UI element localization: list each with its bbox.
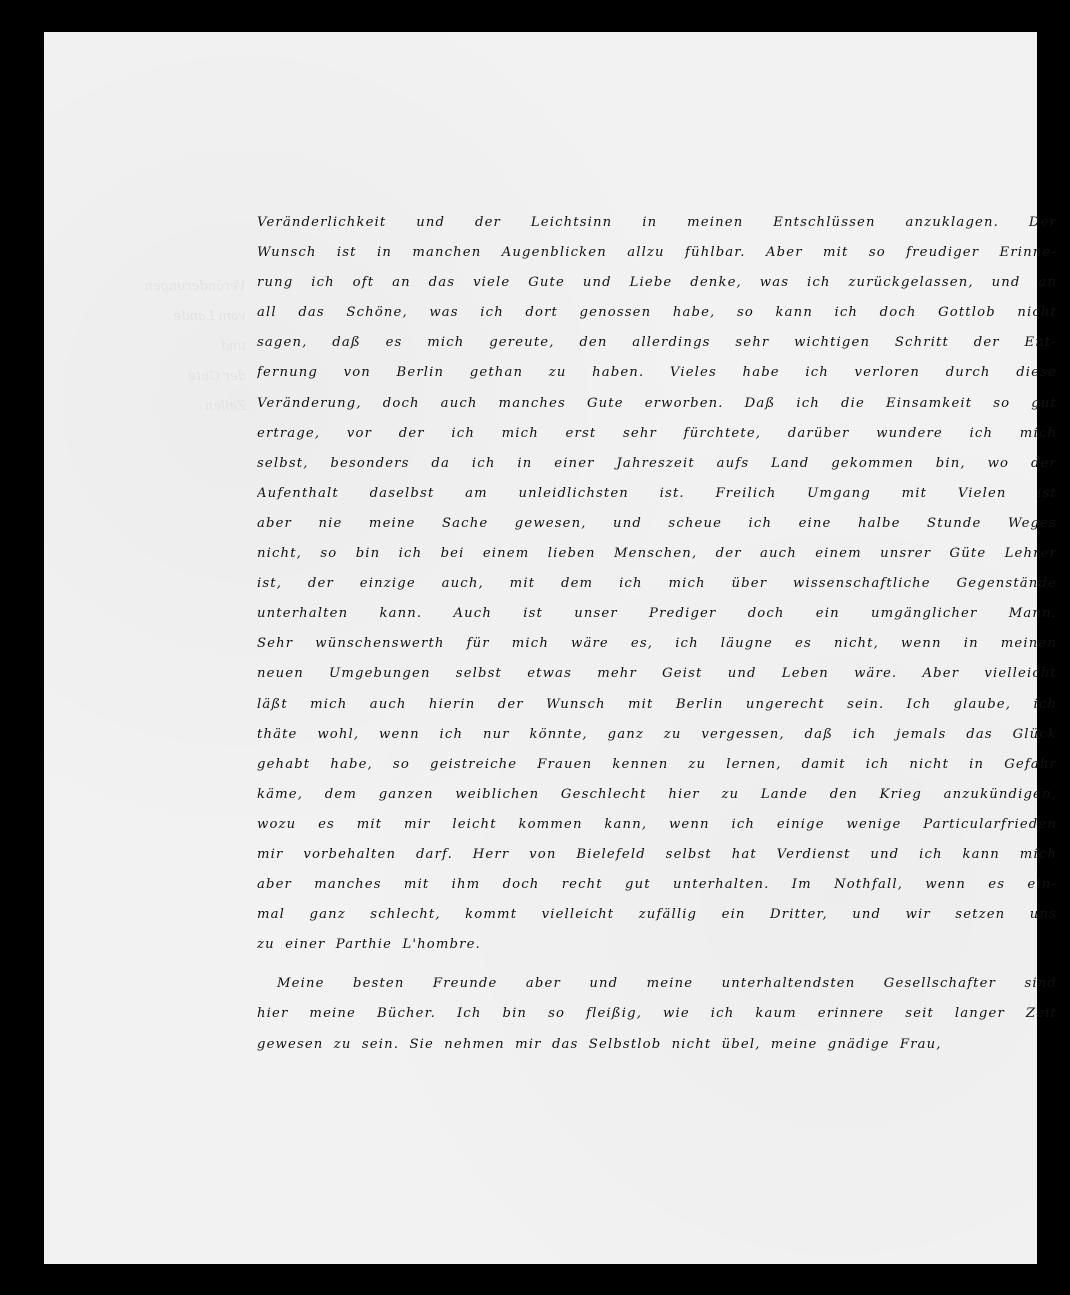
manuscript-line: Sehr wünschenswerth für mich wäre es, ic… [257, 629, 1057, 659]
paragraph: Veränderlichkeit und der Leichtsinn in m… [257, 208, 1057, 960]
manuscript-line: mal ganz schlecht, kommt vielleicht zufä… [257, 900, 1057, 930]
manuscript-line: unterhalten kann. Auch ist unser Predige… [257, 599, 1057, 629]
margin-bleedthrough: Veränderungenvom Landeundder GuteZeilen [106, 272, 246, 972]
manuscript-line: Veränderung, doch auch manches Gute erwo… [257, 389, 1057, 419]
manuscript-line: thäte wohl, wenn ich nur könnte, ganz zu… [257, 720, 1057, 750]
manuscript-line: mir vorbehalten darf. Herr von Bielefeld… [257, 840, 1057, 870]
manuscript-line: Veränderlichkeit und der Leichtsinn in m… [257, 208, 1057, 238]
paragraph-break [257, 960, 1057, 969]
manuscript-line: ist, der einzige auch, mit dem ich mich … [257, 569, 1057, 599]
bleedthrough-word: vom Lande [106, 302, 246, 332]
manuscript-line: zu einer Parthie L'hombre. [257, 930, 1057, 960]
manuscript-line: selbst, besonders da ich in einer Jahres… [257, 449, 1057, 479]
letter-body: Veränderlichkeit und der Leichtsinn in m… [257, 208, 1057, 1060]
manuscript-line: nicht, so bin ich bei einem lieben Mensc… [257, 539, 1057, 569]
manuscript-line: aber manches mit ihm doch recht gut unte… [257, 870, 1057, 900]
manuscript-line: wozu es mit mir leicht kommen kann, wenn… [257, 810, 1057, 840]
manuscript-line: läßt mich auch hierin der Wunsch mit Ber… [257, 690, 1057, 720]
paragraph: Meine besten Freunde aber und meine unte… [257, 969, 1057, 1059]
manuscript-line: neuen Umgebungen selbst etwas mehr Geist… [257, 659, 1057, 689]
manuscript-page: Veränderungenvom Landeundder GuteZeilen … [44, 32, 1037, 1264]
manuscript-line: hier meine Bücher. Ich bin so fleißig, w… [257, 999, 1057, 1029]
manuscript-line: Wunsch ist in manchen Augenblicken allzu… [257, 238, 1057, 268]
manuscript-line: gehabt habe, so geistreiche Frauen kenne… [257, 750, 1057, 780]
manuscript-line: ertrage, vor der ich mich erst sehr fürc… [257, 419, 1057, 449]
manuscript-line: rung ich oft an das viele Gute und Liebe… [257, 268, 1057, 298]
bleedthrough-word: Zeilen [106, 392, 246, 422]
manuscript-line: sagen, daß es mich gereute, den allerdin… [257, 328, 1057, 358]
manuscript-line: Meine besten Freunde aber und meine unte… [257, 969, 1057, 999]
bleedthrough-word: Veränderungen [106, 272, 246, 302]
manuscript-line: gewesen zu sein. Sie nehmen mir das Selb… [257, 1030, 1057, 1060]
manuscript-line: Aufenthalt daselbst am unleidlichsten is… [257, 479, 1057, 509]
manuscript-line: fernung von Berlin gethan zu haben. Viel… [257, 358, 1057, 388]
manuscript-line: all das Schöne, was ich dort genossen ha… [257, 298, 1057, 328]
bleedthrough-word: der Gute [106, 362, 246, 392]
bleedthrough-word: und [106, 332, 246, 362]
manuscript-line: aber nie meine Sache gewesen, und scheue… [257, 509, 1057, 539]
manuscript-line: käme, dem ganzen weiblichen Geschlecht h… [257, 780, 1057, 810]
